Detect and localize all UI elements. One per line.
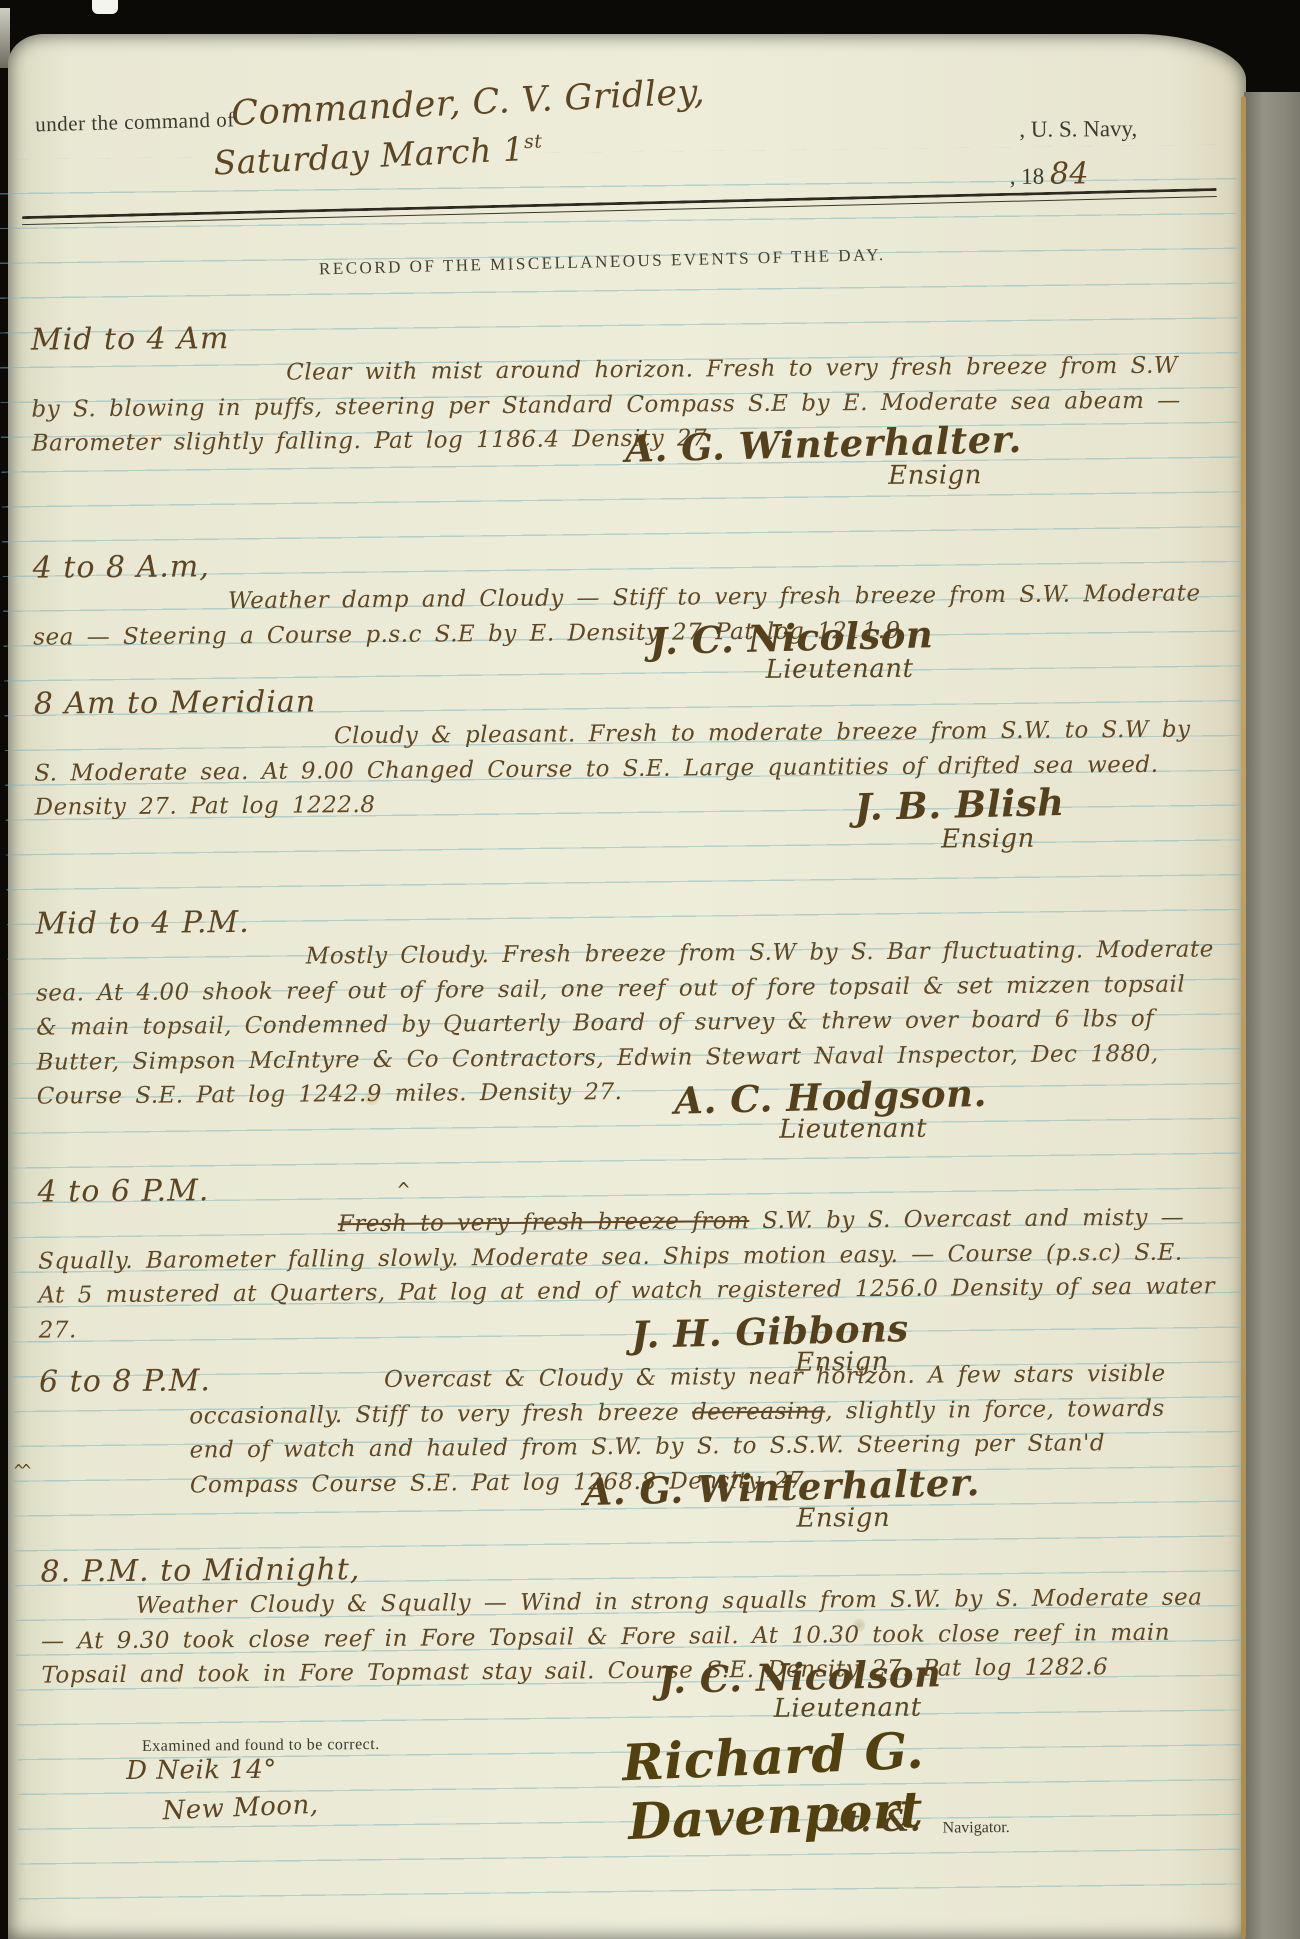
printed-year-prefix: , 18	[1010, 164, 1045, 189]
printed-navy-label: , U. S. Navy,	[1019, 116, 1137, 143]
commander-name-handwritten: Commander, C. V. Gridley,	[230, 72, 705, 134]
insertion-caret: ^	[397, 1178, 409, 1202]
log-entry-4-to-6pm: 4 to 6 P.M. Fresh to very fresh breeze f…	[37, 1165, 1219, 1383]
printed-navigator-label: Navigator.	[943, 1819, 1010, 1838]
log-entry-8am-to-meridian: 8 Am to Meridian Cloudy & pleasant. Fres…	[34, 677, 1215, 861]
printed-command-label: under the command of	[35, 107, 235, 137]
log-entry-mid-to-4pm: Mid to 4 P.M. Mostly Cloudy. Fresh breez…	[35, 897, 1217, 1150]
log-entry-6-to-8pm: 6 to 8 P.M. Overcast & Cloudy & misty ne…	[39, 1355, 1220, 1539]
log-entry-mid-to-4am: Mid to 4 Am Clear with mist around horiz…	[31, 313, 1212, 497]
year-line: , 18 84	[1009, 156, 1089, 192]
date-ordinal: st	[523, 130, 542, 153]
navigator-rank: Lt. &.	[824, 1804, 921, 1840]
scan-artifact	[92, 0, 118, 14]
page-stack-edge	[1241, 96, 1246, 1939]
moon-age-note: D Neik 14°	[126, 1755, 277, 1786]
logbook-page: under the command of Commander, C. V. Gr…	[8, 34, 1246, 1939]
margin-caret-marks: ^^	[14, 1461, 29, 1480]
book-page-block-edge	[1244, 92, 1300, 1939]
log-entry-4-to-8am: 4 to 8 A.m, Weather damp and Cloudy — St…	[33, 541, 1214, 690]
struck-text: decreasing	[692, 1398, 825, 1425]
navigator-signature: Richard G. Davenport	[552, 1718, 997, 1855]
log-entry-8pm-to-midnight: 8. P.M. to Midnight, Weather Cloudy & Sq…	[40, 1545, 1221, 1729]
year-handwritten: 84	[1050, 156, 1089, 191]
struck-text: Fresh to very fresh breeze from	[338, 1208, 750, 1237]
page-content: under the command of Commander, C. V. Gr…	[1, 29, 1254, 1939]
examined-stamp-text: Examined and found to be correct.	[142, 1736, 380, 1756]
